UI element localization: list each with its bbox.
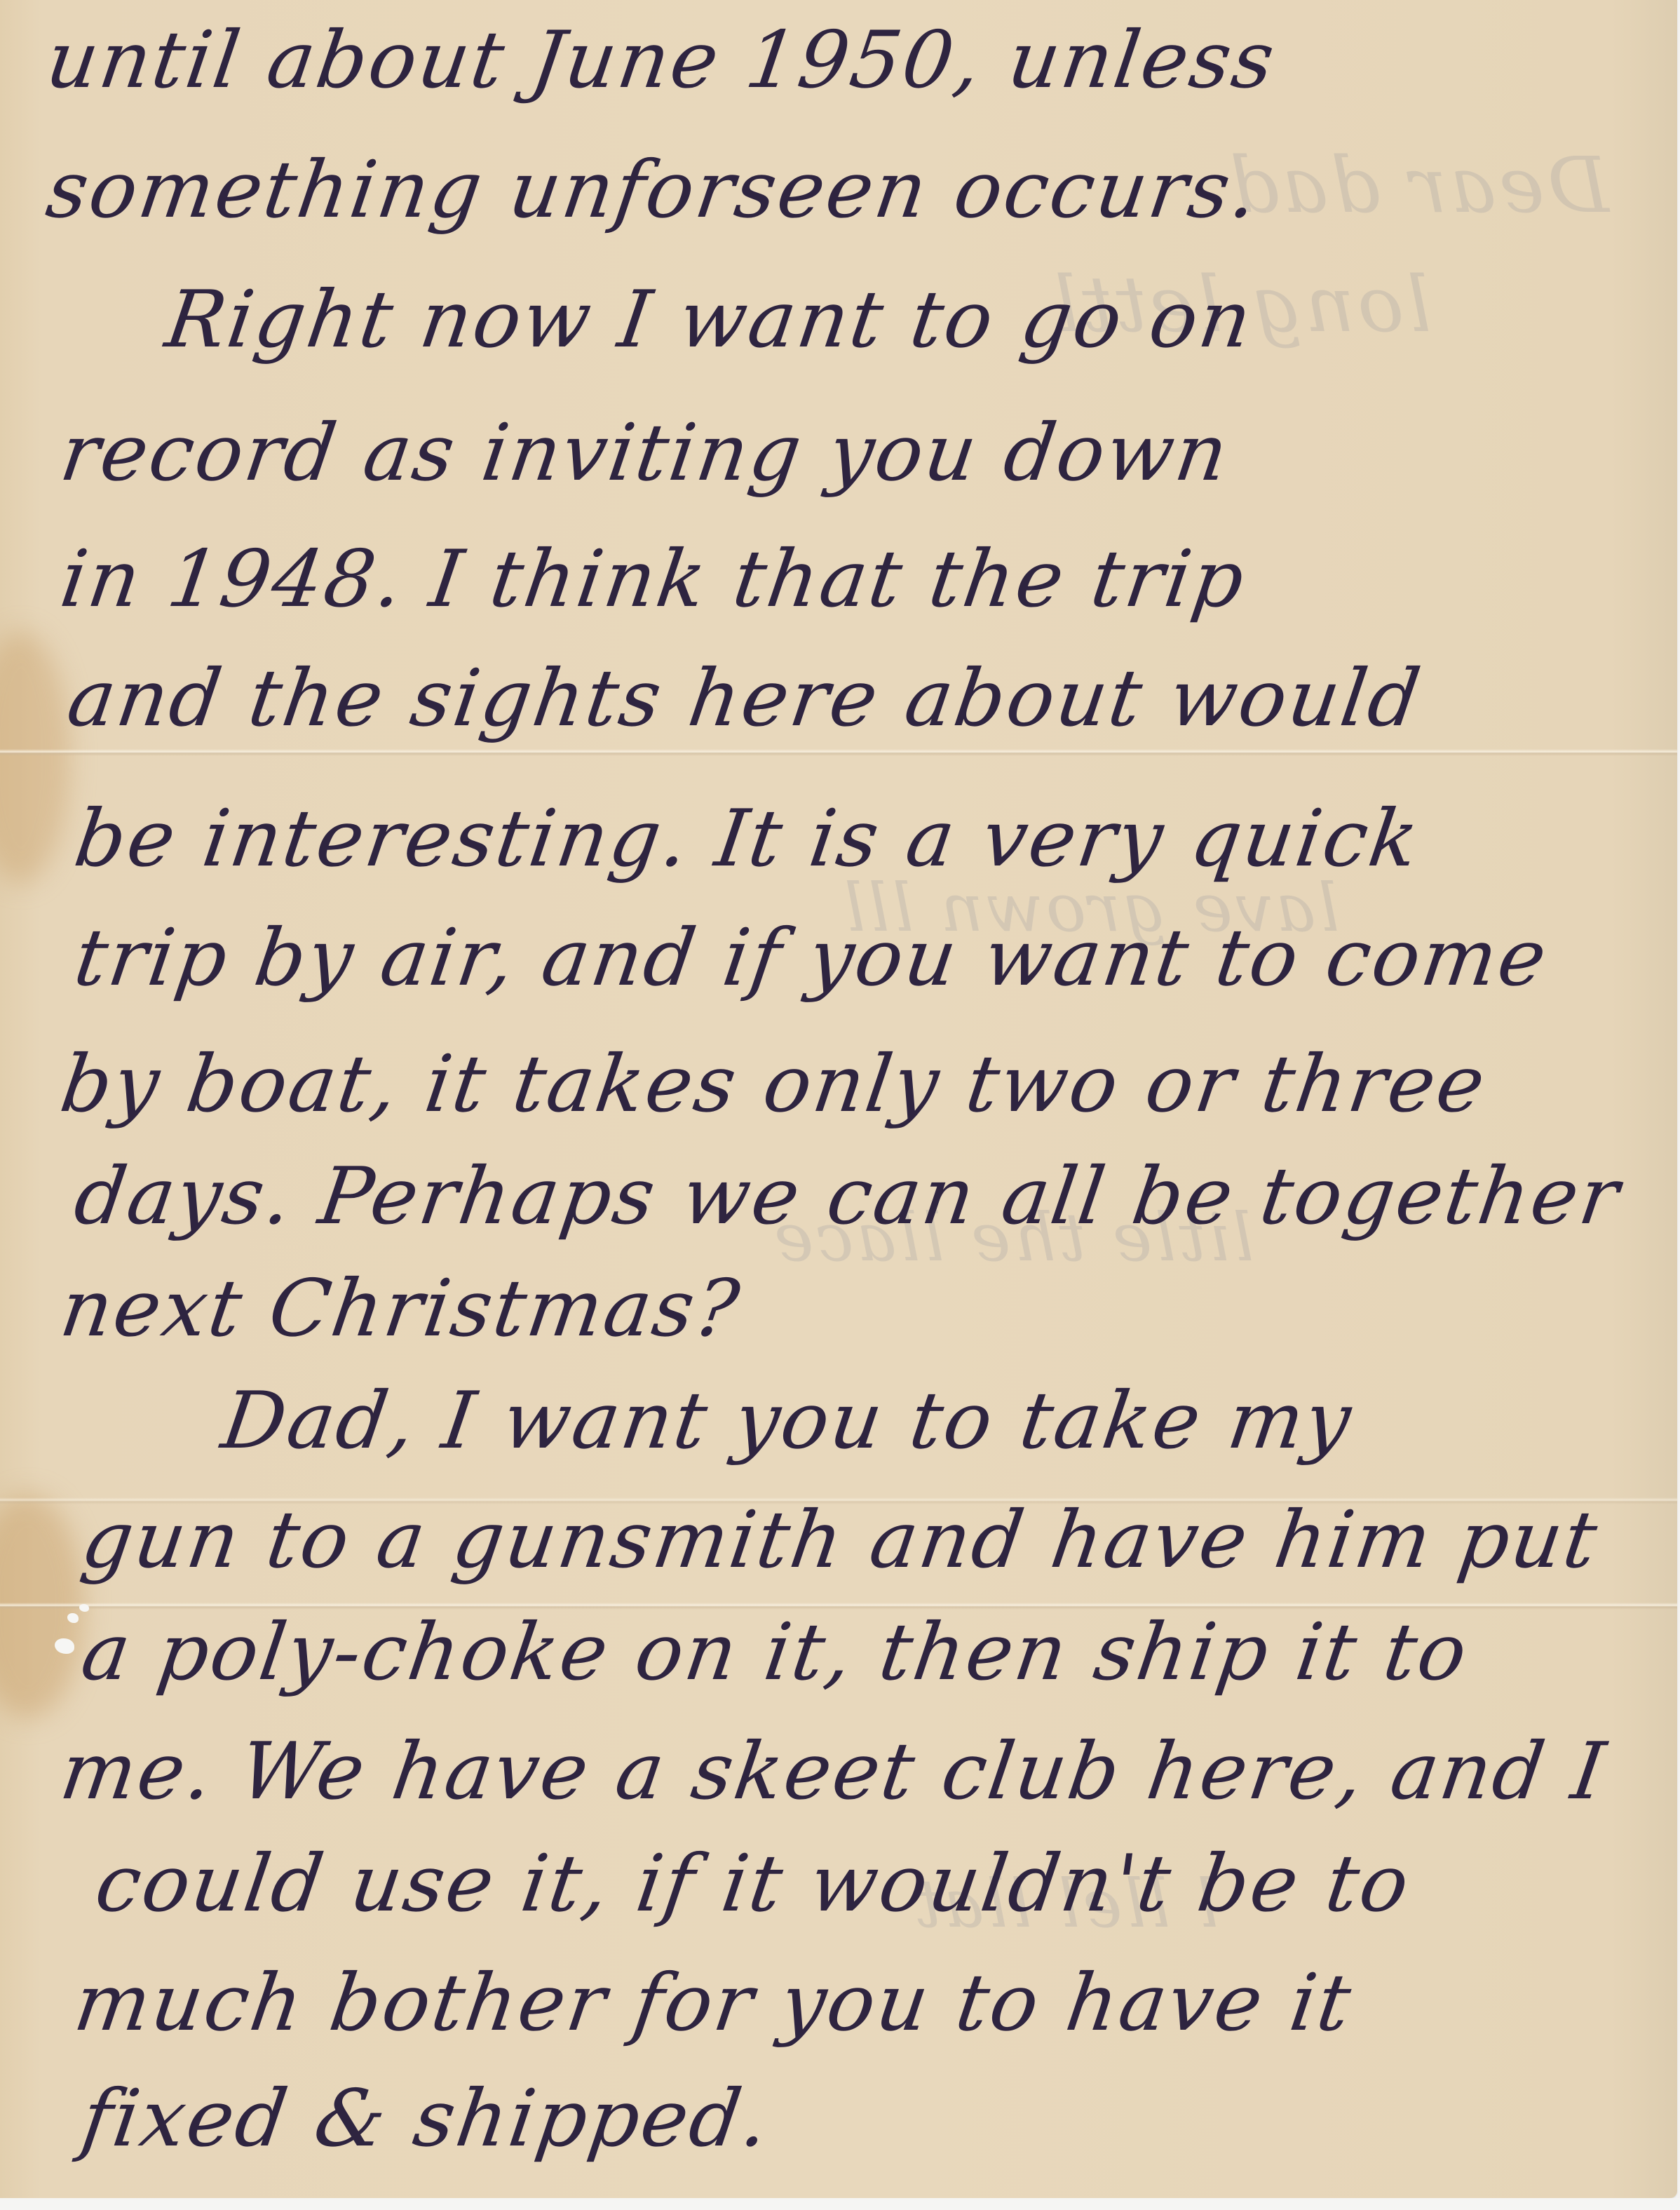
fold-crease-upper (0, 749, 1677, 756)
letter-line: Dad, I want you to take my (217, 1382, 1357, 1460)
letter-line: much bother for you to have it (70, 1964, 1357, 2042)
letter-line: by boat, it takes only two or three (56, 1045, 1491, 1124)
letter-line: be interesting. It is a very quick (70, 800, 1425, 878)
bleed-through-mark: Ⅾear ⅾaⅾ (1227, 140, 1609, 230)
letter-line: could use it, if it wouldn't be to (91, 1845, 1415, 1923)
letter-line: gun to a gunsmith and have him put (77, 1501, 1604, 1579)
letter-line: and the sights here about would (63, 659, 1427, 738)
paper-hole (79, 1604, 89, 1612)
letter-line: me. We have a skeet club here, and I (56, 1732, 1611, 1811)
scanner-background (0, 2198, 1680, 2210)
letter-line: Right now I want to go on (161, 281, 1258, 359)
letter-line: fixed & shipped. (77, 2080, 775, 2158)
letter-line: in 1948. I think that the trip (56, 540, 1251, 619)
letter-line: record as inviting you down (56, 414, 1234, 492)
letter-line: next Christmas? (56, 1269, 745, 1348)
letter-paper: Ⅾear ⅾaⅾ ⅼong lettⅼ ⅼave grown ⅼⅼⅼ ⅼitⅼe… (0, 0, 1677, 2198)
age-stain-left-top (0, 631, 70, 884)
letter-line: trip by air, and if you want to come (70, 919, 1553, 997)
letter-line: until about June 1950, unless (42, 21, 1281, 100)
letter-line: days. Perhaps we can all be together (70, 1157, 1625, 1236)
letter-line: a poly-choke on it, then ship it to (77, 1613, 1473, 1692)
paper-hole (55, 1638, 74, 1654)
paper-hole (67, 1613, 79, 1623)
letter-line: something unforseen occurs. (42, 151, 1264, 229)
